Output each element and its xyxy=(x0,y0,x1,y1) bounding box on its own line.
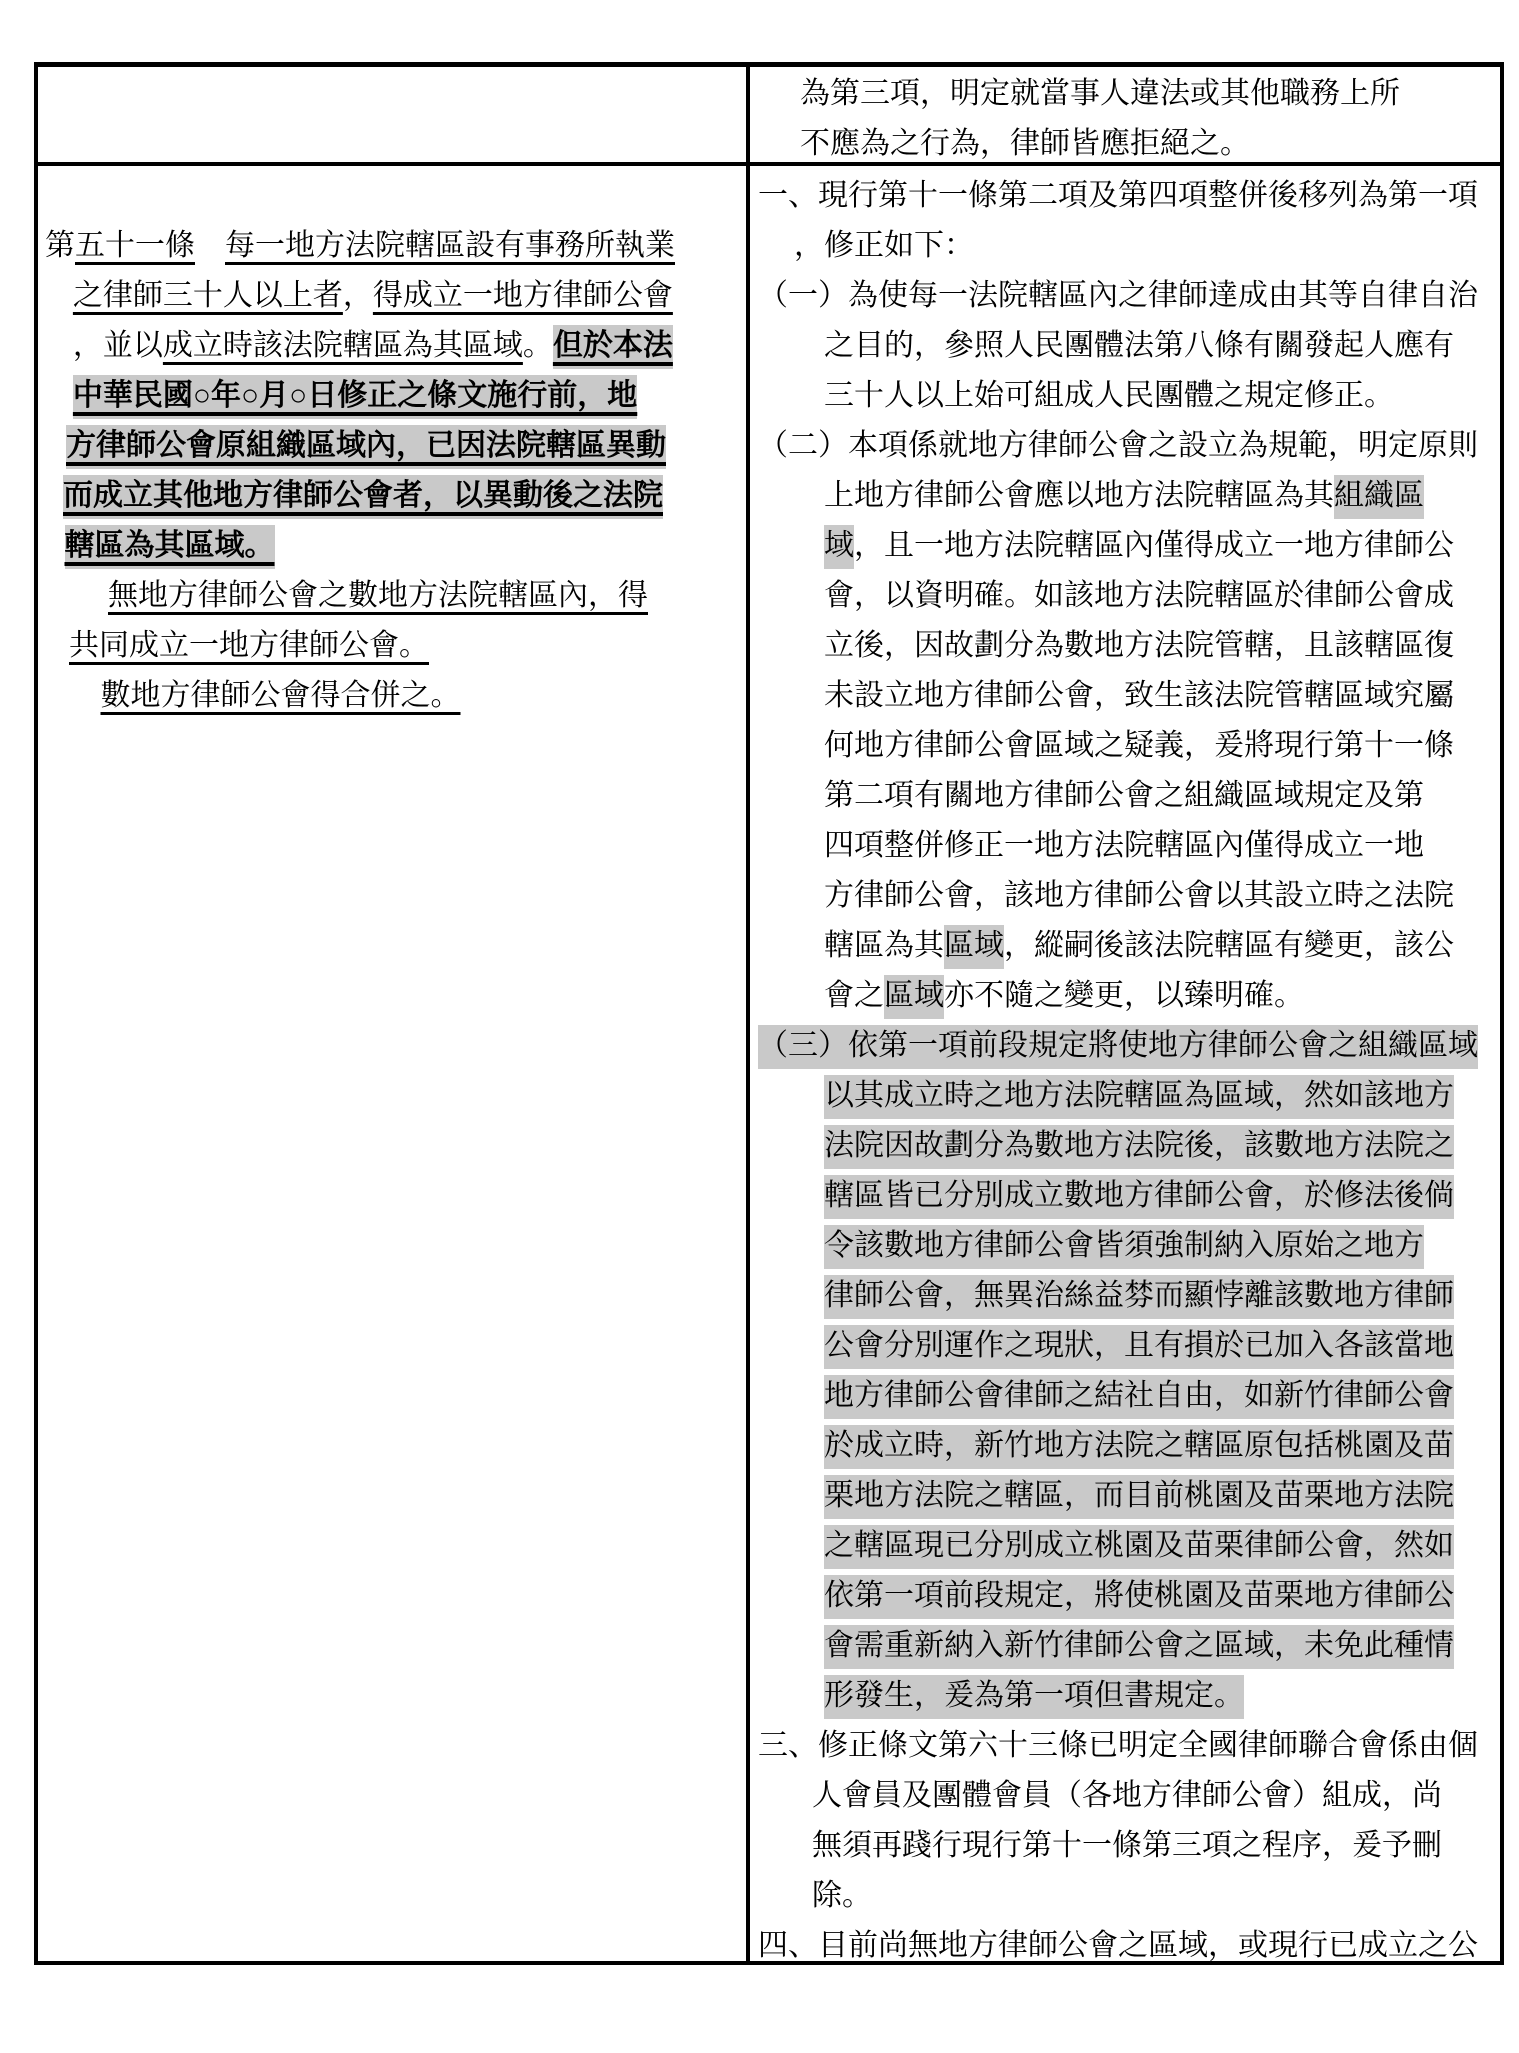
text-segment: 方律師公會，該地方律師公會以其設立時之法院 xyxy=(824,879,1454,912)
text-line: 域，且一地方法院轄區內僅得成立一地方律師公 xyxy=(758,521,1498,571)
text-line: 地方律師公會律師之結社自由，如新竹律師公會 xyxy=(758,1371,1498,1421)
text-line: 何地方律師公會區域之疑義，爰將現行第十一條 xyxy=(758,721,1498,771)
text-segment: 四項整併修正一地方法院轄區內僅得成立一地 xyxy=(824,829,1424,862)
highlighted-text-segment: 於成立時，新竹地方法院之轄區原包括桃園及苗 xyxy=(824,1425,1454,1469)
text-segment: 亦不隨之變更，以臻明確。 xyxy=(944,979,1304,1012)
highlighted-text-segment: 而成立其他地方律師公會者，以異動後之法院 xyxy=(63,475,663,519)
text-segment: 五十一條 xyxy=(75,229,195,262)
text-line: 無須再踐行現行第十一條第三項之程序，爰予刪 xyxy=(758,1821,1498,1871)
text-segment: （一）為使每一法院轄區內之律師達成由其等自律自治 xyxy=(758,279,1478,312)
text-segment: 之律師三十人以上者 xyxy=(73,279,343,312)
highlighted-text-segment: 律師公會，無異治絲益棼而顯悖離該數地方律師 xyxy=(824,1275,1454,1319)
document-page: { "colors": { "highlight": "#c9c9c9", "b… xyxy=(0,0,1519,2053)
text-segment: 會，以資明確。如該地方法院轄區於律師公會成 xyxy=(824,579,1454,612)
text-segment: 。 xyxy=(523,329,553,362)
text-segment: 除。 xyxy=(812,1879,872,1912)
text-segment: 轄區為其 xyxy=(824,929,944,962)
text-segment: 上地方律師公會應以地方法院轄區為其 xyxy=(824,479,1334,512)
text-line: 會之區域亦不隨之變更，以臻明確。 xyxy=(758,971,1498,1021)
text-segment: 未設立地方律師公會，致生該法院管轄區域究屬 xyxy=(824,679,1454,712)
text-line: 而成立其他地方律師公會者，以異動後之法院 xyxy=(45,471,744,521)
text-segment: 共同成立一地方律師公會。 xyxy=(69,629,429,662)
highlighted-text-segment: 中華民國○年○月○日修正之條文施行前，地 xyxy=(73,375,637,419)
text-line: 中華民國○年○月○日修正之條文施行前，地 xyxy=(45,371,744,421)
text-line: 三、修正條文第六十三條已明定全國律師聯合會係由個 xyxy=(758,1721,1498,1771)
highlighted-text-segment: 會需重新納入新竹律師公會之區域，未免此種情 xyxy=(824,1625,1454,1669)
text-line: 未設立地方律師公會，致生該法院管轄區域究屬 xyxy=(758,671,1498,721)
text-segment: （二）本項係就地方律師公會之設立為規範，明定原則 xyxy=(758,429,1478,462)
text-line: 方律師公會，該地方律師公會以其設立時之法院 xyxy=(758,871,1498,921)
text-segment: 何地方律師公會區域之疑義，爰將現行第十一條 xyxy=(824,729,1454,762)
highlighted-text-segment: 轄區皆已分別成立數地方律師公會，於修法後倘 xyxy=(824,1175,1454,1219)
highlighted-text-segment: 依第一項前段規定，將使桃園及苗栗地方律師公 xyxy=(824,1575,1454,1619)
text-line: （三）依第一項前段規定將使地方律師公會之組織區域 xyxy=(758,1021,1498,1071)
text-segment: ， xyxy=(343,279,373,312)
text-line: 方律師公會原組織區域內，已因法院轄區異動 xyxy=(45,421,744,471)
text-segment: 無須再踐行現行第十一條第三項之程序，爰予刪 xyxy=(812,1829,1442,1862)
text-line: 人會員及團體會員（各地方律師公會）組成，尚 xyxy=(758,1771,1498,1821)
highlighted-text-segment: 栗地方法院之轄區，而目前桃園及苗栗地方法院 xyxy=(824,1475,1454,1519)
text-line: 於成立時，新竹地方法院之轄區原包括桃園及苗 xyxy=(758,1421,1498,1471)
highlighted-text-segment: 以其成立時之地方法院轄區為區域，然如該地方 xyxy=(824,1075,1454,1119)
text-line: 會需重新納入新竹律師公會之區域，未免此種情 xyxy=(758,1621,1498,1671)
text-line: 數地方律師公會得合併之。 xyxy=(45,671,744,721)
text-segment: 三、修正條文第六十三條已明定全國律師聯合會係由個 xyxy=(758,1729,1478,1762)
text-line: 轄區為其區域。 xyxy=(45,521,744,571)
text-segment: 第 xyxy=(45,229,75,262)
text-segment: 人會員及團體會員（各地方律師公會）組成，尚 xyxy=(812,1779,1442,1812)
highlighted-text-segment: 法院因故劃分為數地方法院後，該數地方法院之 xyxy=(824,1125,1454,1169)
text-line: 令該數地方律師公會皆須強制納入原始之地方 xyxy=(758,1221,1498,1271)
text-line: 栗地方法院之轄區，而目前桃園及苗栗地方法院 xyxy=(758,1471,1498,1521)
article-cell-row2: 第五十一條 每一地方法院轄區設有事務所執業之律師三十人以上者，得成立一地方律師公… xyxy=(38,166,750,1961)
text-line: 一、現行第十一條第二項及第四項整併後移列為第一項 xyxy=(758,171,1498,221)
text-line: 第五十一條 每一地方法院轄區設有事務所執業 xyxy=(45,221,744,271)
highlighted-text-segment: 令該數地方律師公會皆須強制納入原始之地方 xyxy=(824,1225,1424,1269)
text-segment: 三十人以上始可組成人民團體之規定修正。 xyxy=(824,379,1394,412)
text-segment: ，且一地方法院轄區內僅得成立一地方律師公 xyxy=(854,529,1454,562)
comparison-table: 為第三項，明定就當事人違法或其他職務上所不應為之行為，律師皆應拒絕之。 第五十一… xyxy=(34,62,1504,1965)
text-segment: 無地方律師公會之數地方法院轄區內，得 xyxy=(108,579,648,612)
highlighted-text-segment: 之轄區現已分別成立桃園及苗栗律師公會，然如 xyxy=(824,1525,1454,1569)
text-segment: ，縱嗣後該法院轄區有變更，該公 xyxy=(1004,929,1454,962)
highlighted-text-segment: 方律師公會原組織區域內，已因法院轄區異動 xyxy=(66,425,666,469)
text-line: 不應為之行為，律師皆應拒絕之。 xyxy=(758,119,1498,166)
text-line: （一）為使每一法院轄區內之律師達成由其等自律自治 xyxy=(758,271,1498,321)
text-line: （二）本項係就地方律師公會之設立為規範，明定原則 xyxy=(758,421,1498,471)
text-line: 共同成立一地方律師公會。 xyxy=(45,621,744,671)
text-segment: ，並以 xyxy=(73,329,163,362)
text-segment: 立後，因故劃分為數地方法院管轄，且該轄區復 xyxy=(824,629,1454,662)
text-line: 第二項有關地方律師公會之組織區域規定及第 xyxy=(758,771,1498,821)
highlighted-text-segment: 地方律師公會律師之結社自由，如新竹律師公會 xyxy=(824,1375,1454,1419)
highlighted-text-segment: 公會分別運作之現狀，且有損於已加入各該當地 xyxy=(824,1325,1454,1369)
text-line: 法院因故劃分為數地方法院後，該數地方法院之 xyxy=(758,1121,1498,1171)
explanation-cell-row1: 為第三項，明定就當事人違法或其他職務上所不應為之行為，律師皆應拒絕之。 xyxy=(750,67,1500,166)
highlighted-text-segment: 域 xyxy=(824,525,854,569)
text-segment: 一、現行第十一條第二項及第四項整併後移列為第一項 xyxy=(758,179,1478,212)
text-line: 公會分別運作之現狀，且有損於已加入各該當地 xyxy=(758,1321,1498,1371)
text-segment: 會之 xyxy=(824,979,884,1012)
highlighted-text-segment: 轄區為其區域。 xyxy=(65,525,275,569)
text-line: 依第一項前段規定，將使桃園及苗栗地方律師公 xyxy=(758,1571,1498,1621)
highlighted-text-segment: 組織區 xyxy=(1334,475,1424,519)
text-segment xyxy=(195,229,225,262)
text-line: 三十人以上始可組成人民團體之規定修正。 xyxy=(758,371,1498,421)
text-segment: 為第三項，明定就當事人違法或其他職務上所 xyxy=(800,77,1400,110)
text-line: 律師公會，無異治絲益棼而顯悖離該數地方律師 xyxy=(758,1271,1498,1321)
text-line: 四、目前尚無地方律師公會之區域，或現行已成立之公 xyxy=(758,1921,1498,1961)
highlighted-text-segment: 區域 xyxy=(884,975,944,1019)
text-segment: 成立時該法院轄區為其區域 xyxy=(163,329,523,362)
highlighted-text-segment: 區域 xyxy=(944,925,1004,969)
text-line: 形發生，爰為第一項但書規定。 xyxy=(758,1671,1498,1721)
text-segment: 每一地方法院轄區設有事務所執業 xyxy=(225,229,675,262)
highlighted-text-segment: 形發生，爰為第一項但書規定。 xyxy=(824,1675,1244,1719)
text-segment: 第二項有關地方律師公會之組織區域規定及第 xyxy=(824,779,1424,812)
text-line: 除。 xyxy=(758,1871,1498,1921)
text-line: 轄區為其區域，縱嗣後該法院轄區有變更，該公 xyxy=(758,921,1498,971)
text-line: 上地方律師公會應以地方法院轄區為其組織區 xyxy=(758,471,1498,521)
article-cell-row1 xyxy=(38,67,750,166)
text-segment: ，修正如下： xyxy=(794,229,974,262)
highlighted-text-segment: 但於本法 xyxy=(553,325,673,369)
text-segment: 不應為之行為，律師皆應拒絕之。 xyxy=(800,127,1250,160)
text-segment: 四、目前尚無地方律師公會之區域，或現行已成立之公 xyxy=(758,1929,1478,1961)
text-line: 無地方律師公會之數地方法院轄區內，得 xyxy=(45,571,744,621)
text-line: 轄區皆已分別成立數地方律師公會，於修法後倘 xyxy=(758,1171,1498,1221)
text-segment: 之目的，參照人民團體法第八條有關發起人應有 xyxy=(824,329,1454,362)
text-segment: 得成立一地方律師公會 xyxy=(373,279,673,312)
highlighted-text-segment: （三）依第一項前段規定將使地方律師公會之組織區域 xyxy=(758,1025,1478,1069)
text-line: 立後，因故劃分為數地方法院管轄，且該轄區復 xyxy=(758,621,1498,671)
text-line: ，修正如下： xyxy=(758,221,1498,271)
text-line: 之律師三十人以上者，得成立一地方律師公會 xyxy=(45,271,744,321)
text-line: ，並以成立時該法院轄區為其區域。但於本法 xyxy=(45,321,744,371)
text-line: 為第三項，明定就當事人違法或其他職務上所 xyxy=(758,69,1498,119)
text-line: 會，以資明確。如該地方法院轄區於律師公會成 xyxy=(758,571,1498,621)
text-line xyxy=(45,171,744,221)
text-segment: 數地方律師公會得合併之。 xyxy=(101,679,461,712)
text-line: 四項整併修正一地方法院轄區內僅得成立一地 xyxy=(758,821,1498,871)
text-line: 以其成立時之地方法院轄區為區域，然如該地方 xyxy=(758,1071,1498,1121)
explanation-cell-row2: 一、現行第十一條第二項及第四項整併後移列為第一項，修正如下：（一）為使每一法院轄… xyxy=(750,166,1500,1961)
text-line: 之轄區現已分別成立桃園及苗栗律師公會，然如 xyxy=(758,1521,1498,1571)
text-line: 之目的，參照人民團體法第八條有關發起人應有 xyxy=(758,321,1498,371)
